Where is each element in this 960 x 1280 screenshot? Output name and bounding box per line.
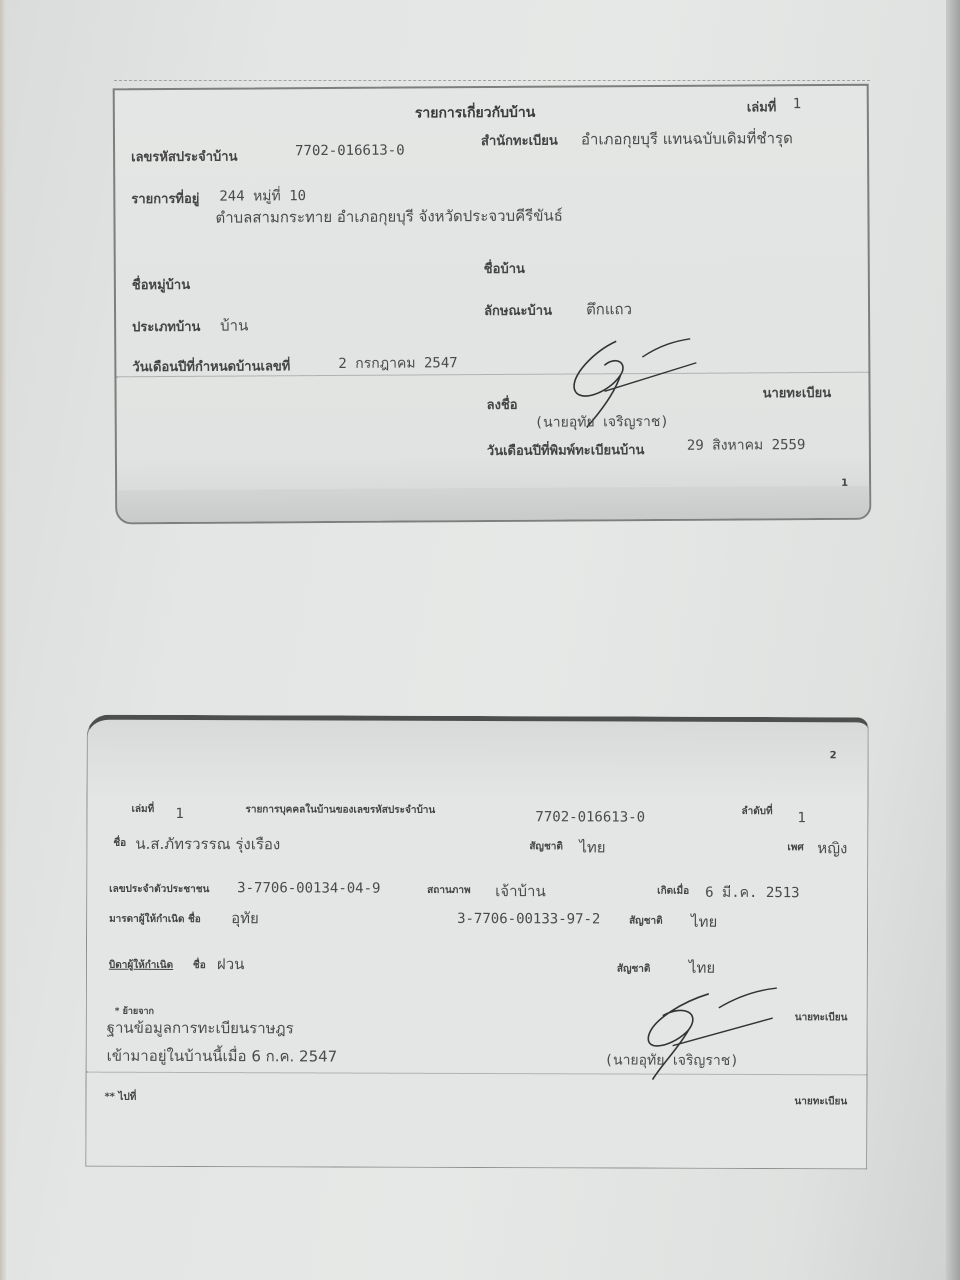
nationality-label: สัญชาติ: [529, 839, 563, 854]
birth-value: 6 มี.ค. 2513: [705, 882, 800, 904]
house-style-label: ลักษณะบ้าน: [484, 300, 552, 321]
house-style-value: ตึกแถว: [586, 297, 632, 321]
mother-nationality-label: สัญชาติ: [629, 914, 663, 929]
house-code-label: เลขรหัสประจำบ้าน: [131, 146, 237, 168]
mother-name: อุทัย: [231, 906, 259, 930]
card-footer-band: [117, 486, 869, 523]
status-value: เจ้าบ้าน: [495, 879, 546, 903]
father-name-label: ชื่อ: [193, 958, 206, 973]
status-label: สถานภาพ: [427, 883, 470, 898]
citizen-id-value: 3-7706-00134-04-9: [237, 880, 380, 897]
page-number: 1: [841, 478, 848, 489]
volume-label: เล่มที่: [131, 802, 154, 817]
print-date-label: วันเดือนปีที่พิมพ์ทะเบียนบ้าน: [487, 439, 645, 461]
registrar-title: นายทะเบียน: [795, 1010, 848, 1025]
registrar-name: (นายอุทัย เจริญราช): [535, 411, 669, 434]
order-label: ลำดับที่: [741, 804, 772, 819]
registrar-name: (นายอุทัย เจริญราช): [605, 1049, 739, 1071]
page-edge-right: [946, 0, 960, 1280]
father-label: บิดาผู้ให้กำเนิด: [109, 958, 173, 973]
mother-label: มารดาผู้ให้กำเนิด ชื่อ: [109, 912, 201, 927]
volume-value: 1: [793, 96, 802, 112]
nationality-value: ไทย: [579, 835, 605, 859]
house-code-value: 7702-016613-0: [535, 809, 645, 825]
person-record-card: 2 เล่มที่ 1 รายการบุคคลในบ้านของเลขรหัสป…: [85, 715, 869, 1170]
mother-id: 3-7706-00133-97-2: [457, 911, 600, 928]
print-date-value: 29 สิงหาคม 2559: [687, 434, 806, 457]
house-code-value: 7702-016613-0: [295, 143, 405, 160]
page-number: 2: [830, 750, 837, 761]
volume-label: เล่มที่: [747, 96, 777, 117]
name-value: น.ส.ภัทรวรรณ รุ่งเรือง: [135, 832, 280, 857]
moved-to-registrar-title: นายทะเบียน: [794, 1094, 847, 1109]
sex-value: หญิง: [817, 836, 847, 860]
father-name: ฝวน: [217, 952, 245, 976]
number-assigned-date-label: วันเดือนปีที่กำหนดบ้านเลขที่: [132, 355, 290, 377]
mother-nationality-value: ไทย: [691, 910, 717, 934]
citizen-id-label: เลขประจำตัวประชาชน: [109, 882, 209, 897]
moved-from-value: ฐานข้อมูลการทะเบียนราษฎร: [107, 1016, 294, 1041]
house-record-card: รายการเกี่ยวกับบ้าน เล่มที่ 1 เลขรหัสประ…: [113, 84, 872, 525]
number-assigned-date-value: 2 กรกฎาคม 2547: [338, 352, 457, 375]
village-name-label: ชื่อหมู่บ้าน: [132, 274, 190, 295]
person-record-title: รายการบุคคลในบ้านของเลขรหัสประจำบ้าน: [245, 802, 435, 818]
name-label: ชื่อ: [113, 836, 126, 851]
registry-office-label: สำนักทะเบียน: [481, 130, 558, 151]
moved-to-label: ** ไปที่: [104, 1090, 136, 1105]
signature-label: ลงชื่อ: [487, 394, 518, 415]
house-record-title: รายการเกี่ยวกับบ้าน: [415, 102, 536, 125]
house-name-label: ชื่อบ้าน: [484, 258, 525, 279]
order-value: 1: [797, 810, 805, 826]
registry-office-value: อำเภอกุยบุรี แทนฉบับเดิมที่ชำรุด: [581, 126, 793, 151]
address-label: รายการที่อยู่: [131, 188, 199, 209]
registrar-title: นายทะเบียน: [762, 382, 831, 403]
birth-label: เกิดเมื่อ: [657, 884, 689, 899]
sex-label: เพศ: [787, 840, 803, 855]
house-type-label: ประเภทบ้าน: [132, 316, 200, 337]
volume-value: 1: [175, 806, 183, 822]
house-type-value: บ้าน: [220, 313, 248, 337]
address-line2: ตำบลสามกระทาย อำเภอกุยบุรี จังหวัดประจวบ…: [215, 204, 563, 230]
moved-in-text: เข้ามาอยู่ในบ้านนี้เมื่อ 6 ก.ค. 2547: [107, 1044, 338, 1069]
page-edge-left: [0, 0, 6, 1280]
